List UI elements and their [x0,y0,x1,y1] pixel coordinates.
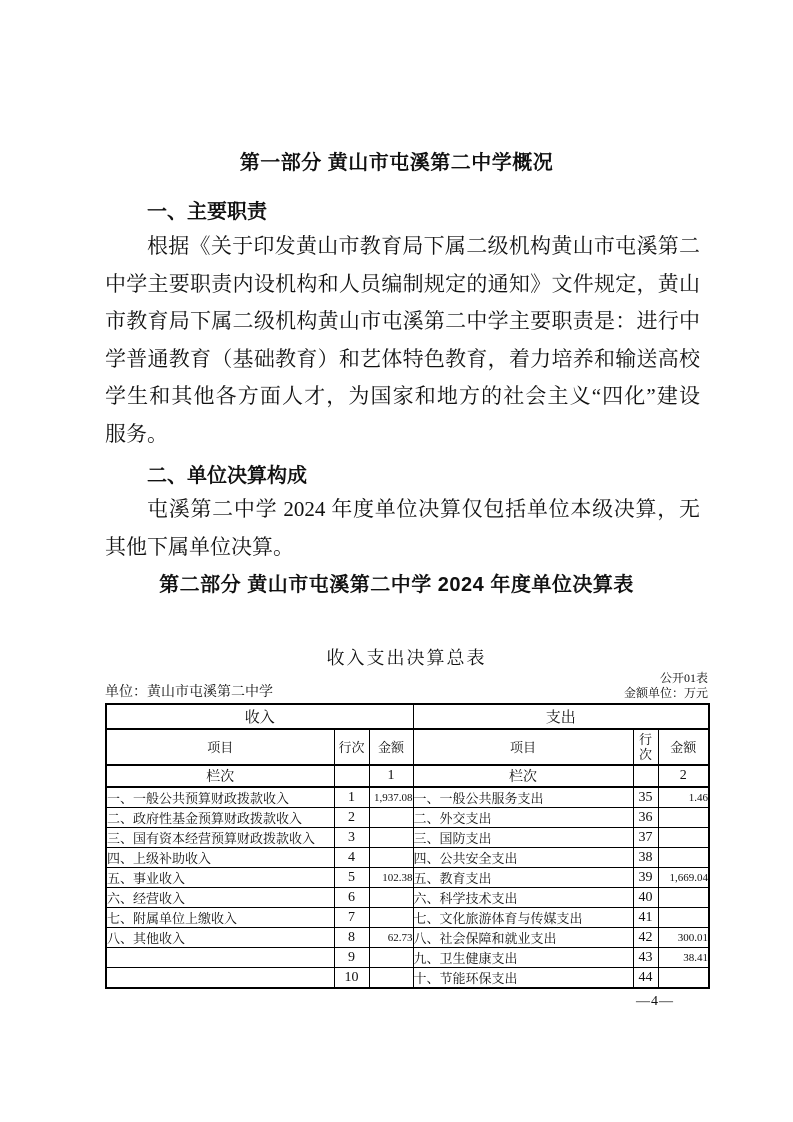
income-amount-header: 金额 [369,729,413,765]
part2-title: 第二部分 黄山市屯溪第二中学 2024 年度单位决算表 [0,568,793,597]
paragraph-line: 根据《关于印发黄山市教育局下属二级机构黄山市屯溪第二 [105,228,700,266]
table-index-row: 栏次 1 栏次 2 [106,765,709,787]
income-item-cell: 五、事业收入 [106,868,334,888]
expense-rowno-cell: 41 [633,908,658,928]
income-amount-cell: 62.73 [369,928,413,948]
table-row: 五、事业收入 5 102.38 五、教育支出 39 1,669.04 [106,868,709,888]
expense-index-number: 2 [658,765,709,787]
income-item-cell: 三、国有资本经营预算财政拨款收入 [106,828,334,848]
income-rowno-cell: 9 [334,948,369,968]
income-amount-cell [369,828,413,848]
income-amount-cell [369,908,413,928]
expense-amount-cell [658,908,709,928]
table-title: 收入支出决算总表 [105,644,708,670]
income-item-cell: 一、一般公共预算财政拨款收入 [106,787,334,808]
expense-rowno-cell: 37 [633,828,658,848]
expense-amount-cell [658,828,709,848]
paragraph-budget-composition: 屯溪第二中学 2024 年度单位决算仅包括单位本级决算，无 其他下属单位决算。 [105,491,700,566]
part1-title: 第一部分 黄山市屯溪第二中学概况 [0,146,793,175]
expense-amount-cell: 1.46 [658,787,709,808]
income-expense-table: 收入 支出 项目 行次 金额 项目 行次 金额 栏次 1 栏次 2 一、一般公共… [105,703,710,989]
expense-amount-cell: 1,669.04 [658,868,709,888]
expense-rowno-cell: 44 [633,968,658,989]
table-row: 八、其他收入 8 62.73 八、社会保障和就业支出 42 300.01 [106,928,709,948]
income-item-cell: 六、经营收入 [106,888,334,908]
income-amount-cell [369,968,413,989]
expense-amount-cell: 38.41 [658,948,709,968]
expense-rowno-cell: 36 [633,808,658,828]
expense-rowno-cell: 38 [633,848,658,868]
table-meta-row: 单位：黄山市屯溪第二中学 金额单位：万元 [105,681,708,701]
paragraph-line: 中学主要职责内设机构和人员编制规定的通知》文件规定，黄山 [105,266,700,304]
income-item-header: 项目 [106,729,334,765]
income-amount-cell [369,808,413,828]
expense-amount-cell [658,848,709,868]
income-rowno-cell: 5 [334,868,369,888]
expense-item-cell: 七、文化旅游体育与传媒支出 [413,908,633,928]
expense-rowno-cell: 42 [633,928,658,948]
expense-item-cell: 三、国防支出 [413,828,633,848]
expense-section-header: 支出 [413,704,709,729]
expense-item-cell: 十、节能环保支出 [413,968,633,989]
document-page: 第一部分 黄山市屯溪第二中学概况 一、主要职责 根据《关于印发黄山市教育局下属二… [0,0,793,1122]
paragraph-line: 其他下属单位决算。 [105,529,700,567]
income-item-cell [106,968,334,989]
expense-item-cell: 二、外交支出 [413,808,633,828]
income-amount-cell: 102.38 [369,868,413,888]
income-rowno-cell: 6 [334,888,369,908]
expense-amount-cell [658,808,709,828]
income-rowno-header: 行次 [334,729,369,765]
expense-item-cell: 一、一般公共服务支出 [413,787,633,808]
income-rowno-cell: 1 [334,787,369,808]
income-amount-cell [369,888,413,908]
expense-item-cell: 九、卫生健康支出 [413,948,633,968]
expense-amount-cell: 300.01 [658,928,709,948]
table-row: 六、经营收入 6 六、科学技术支出 40 [106,888,709,908]
income-amount-cell [369,848,413,868]
income-item-cell: 七、附属单位上缴收入 [106,908,334,928]
expense-rowno-cell: 40 [633,888,658,908]
paragraph-line: 服务。 [105,416,700,454]
income-rowno-cell: 2 [334,808,369,828]
paragraph-line: 学生和其他各方面人才，为国家和地方的社会主义“四化”建设 [105,378,700,416]
table-column-header-row: 项目 行次 金额 项目 行次 金额 [106,729,709,765]
expense-item-cell: 六、科学技术支出 [413,888,633,908]
income-item-cell [106,948,334,968]
income-rowno-cell: 8 [334,928,369,948]
expense-item-cell: 五、教育支出 [413,868,633,888]
income-rowno-cell: 7 [334,908,369,928]
amount-unit-label: 金额单位：万元 [624,684,708,701]
income-amount-cell: 1,937.08 [369,787,413,808]
unit-name-label: 单位：黄山市屯溪第二中学 [105,681,273,701]
table-row: 一、一般公共预算财政拨款收入 1 1,937.08 一、一般公共服务支出 35 … [106,787,709,808]
table-row: 七、附属单位上缴收入 7 七、文化旅游体育与传媒支出 41 [106,908,709,928]
empty-cell [334,765,369,787]
income-item-cell: 二、政府性基金预算财政拨款收入 [106,808,334,828]
paragraph-line: 学普通教育（基础教育）和艺体特色教育，着力培养和输送高校 [105,341,700,379]
income-rowno-cell: 10 [334,968,369,989]
paragraph-line: 屯溪第二中学 2024 年度单位决算仅包括单位本级决算，无 [105,491,700,529]
income-amount-cell [369,948,413,968]
expense-rowno-cell: 35 [633,787,658,808]
table-row: 二、政府性基金预算财政拨款收入 2 二、外交支出 36 [106,808,709,828]
expense-amount-cell [658,968,709,989]
section2-heading: 二、单位决算构成 [147,459,307,488]
income-section-header: 收入 [106,704,413,729]
expense-item-header: 项目 [413,729,633,765]
expense-item-cell: 四、公共安全支出 [413,848,633,868]
expense-rowno-cell: 39 [633,868,658,888]
table-row: 四、上级补助收入 4 四、公共安全支出 38 [106,848,709,868]
income-index-number: 1 [369,765,413,787]
table-row: 10 十、节能环保支出 44 [106,968,709,989]
income-index-label: 栏次 [106,765,334,787]
income-rowno-cell: 4 [334,848,369,868]
expense-index-label: 栏次 [413,765,633,787]
income-item-cell: 八、其他收入 [106,928,334,948]
empty-cell [633,765,658,787]
paragraph-line: 市教育局下属二级机构黄山市屯溪第二中学主要职责是：进行中 [105,303,700,341]
paragraph-main-duties: 根据《关于印发黄山市教育局下属二级机构黄山市屯溪第二 中学主要职责内设机构和人员… [105,228,700,453]
table-row: 9 九、卫生健康支出 43 38.41 [106,948,709,968]
expense-rowno-header: 行次 [633,729,658,765]
expense-amount-cell [658,888,709,908]
income-item-cell: 四、上级补助收入 [106,848,334,868]
table-section-header-row: 收入 支出 [106,704,709,729]
expense-amount-header: 金额 [658,729,709,765]
section1-heading: 一、主要职责 [147,195,267,224]
income-rowno-cell: 3 [334,828,369,848]
page-number: —4— [636,994,674,1010]
table-row: 三、国有资本经营预算财政拨款收入 3 三、国防支出 37 [106,828,709,848]
expense-item-cell: 八、社会保障和就业支出 [413,928,633,948]
expense-rowno-cell: 43 [633,948,658,968]
